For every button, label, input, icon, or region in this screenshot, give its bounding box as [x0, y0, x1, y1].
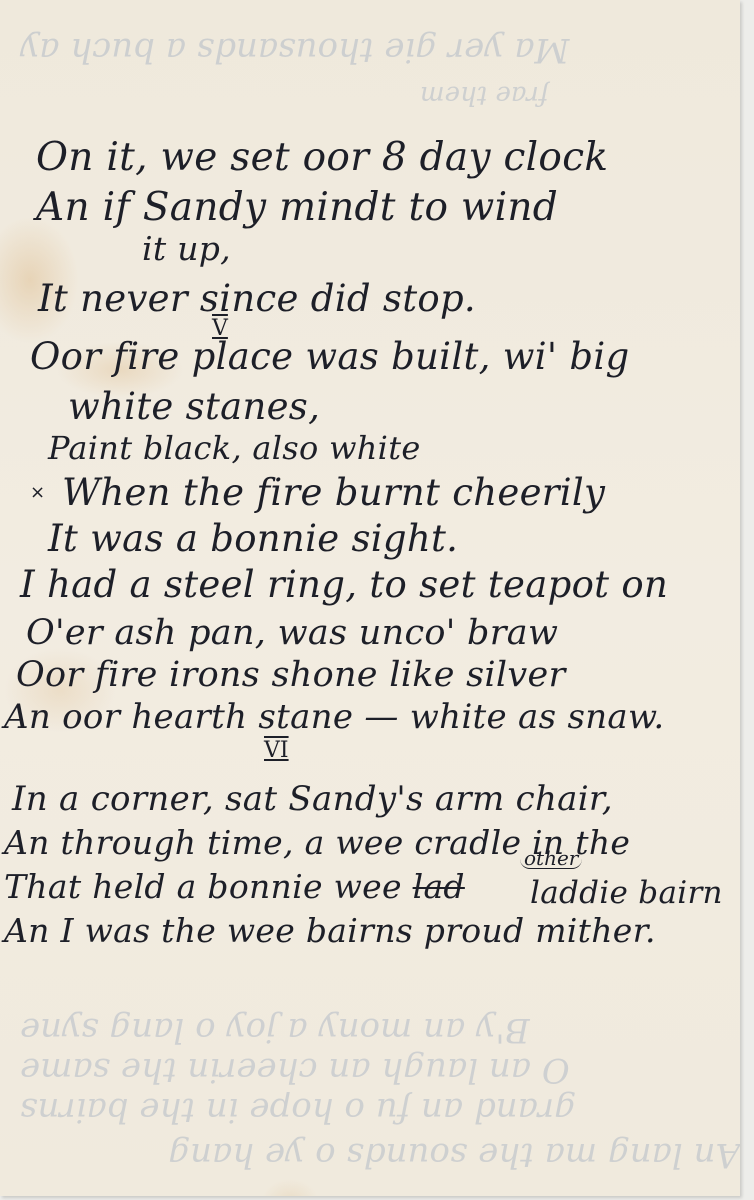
bleed-through-line: B'y an mony a joy o lang syne	[0, 1010, 740, 1050]
text-line-3: it up,	[142, 232, 231, 265]
text-line-4: It never since did stop.	[38, 280, 476, 317]
struck-word: lad	[413, 867, 465, 906]
text-line-7: Paint black, also white	[48, 432, 421, 464]
text-line-11: O'er ash pan, was unco' braw	[26, 616, 558, 651]
text-line-5: Oor fire place was built, wi' big	[30, 338, 629, 375]
text-line-16: That held a bonnie wee lad	[4, 870, 465, 903]
text-line-1: On it, we set oor 8 day clock	[36, 138, 608, 177]
bleed-through-line: O an laugh an cheerin the same	[0, 1050, 740, 1090]
letter-page: Ma yer gie thousands a buch ay frae them…	[0, 0, 740, 1196]
text-line-12: Oor fire irons shone like silver	[16, 658, 566, 693]
text-line-10: I had a steel ring, to set teapot on	[20, 566, 668, 603]
section-marker-vi: VI	[264, 740, 289, 762]
text-line-2: An if Sandy mindt to wind	[36, 188, 558, 227]
bleed-through-line: An lang ma the sounds o ye hang	[0, 1135, 740, 1175]
text-line-17: An I was the wee bairns proud mither.	[4, 914, 656, 947]
bleed-through-line: frae them	[0, 80, 740, 110]
text-line-13: An oor hearth stane — white as snaw.	[4, 700, 664, 734]
text-line-16b: laddie bairn	[530, 878, 723, 909]
text-line-14: In a corner, sat Sandy's arm chair,	[12, 782, 613, 816]
text-line-6: white stanes,	[68, 388, 320, 425]
text-line-16-main: That held a bonnie wee	[4, 867, 402, 906]
insert-mark-icon: ×	[30, 482, 45, 503]
text-line-8: When the fire burnt cheerily	[62, 474, 605, 511]
text-line-9: It was a bonnie sight.	[48, 520, 458, 557]
bleed-through-line: Ma yer gie thousands a buch ay	[0, 30, 740, 70]
inserted-word: other	[520, 848, 582, 869]
bleed-through-line: grand an fu o hope in the bairns	[0, 1090, 740, 1130]
